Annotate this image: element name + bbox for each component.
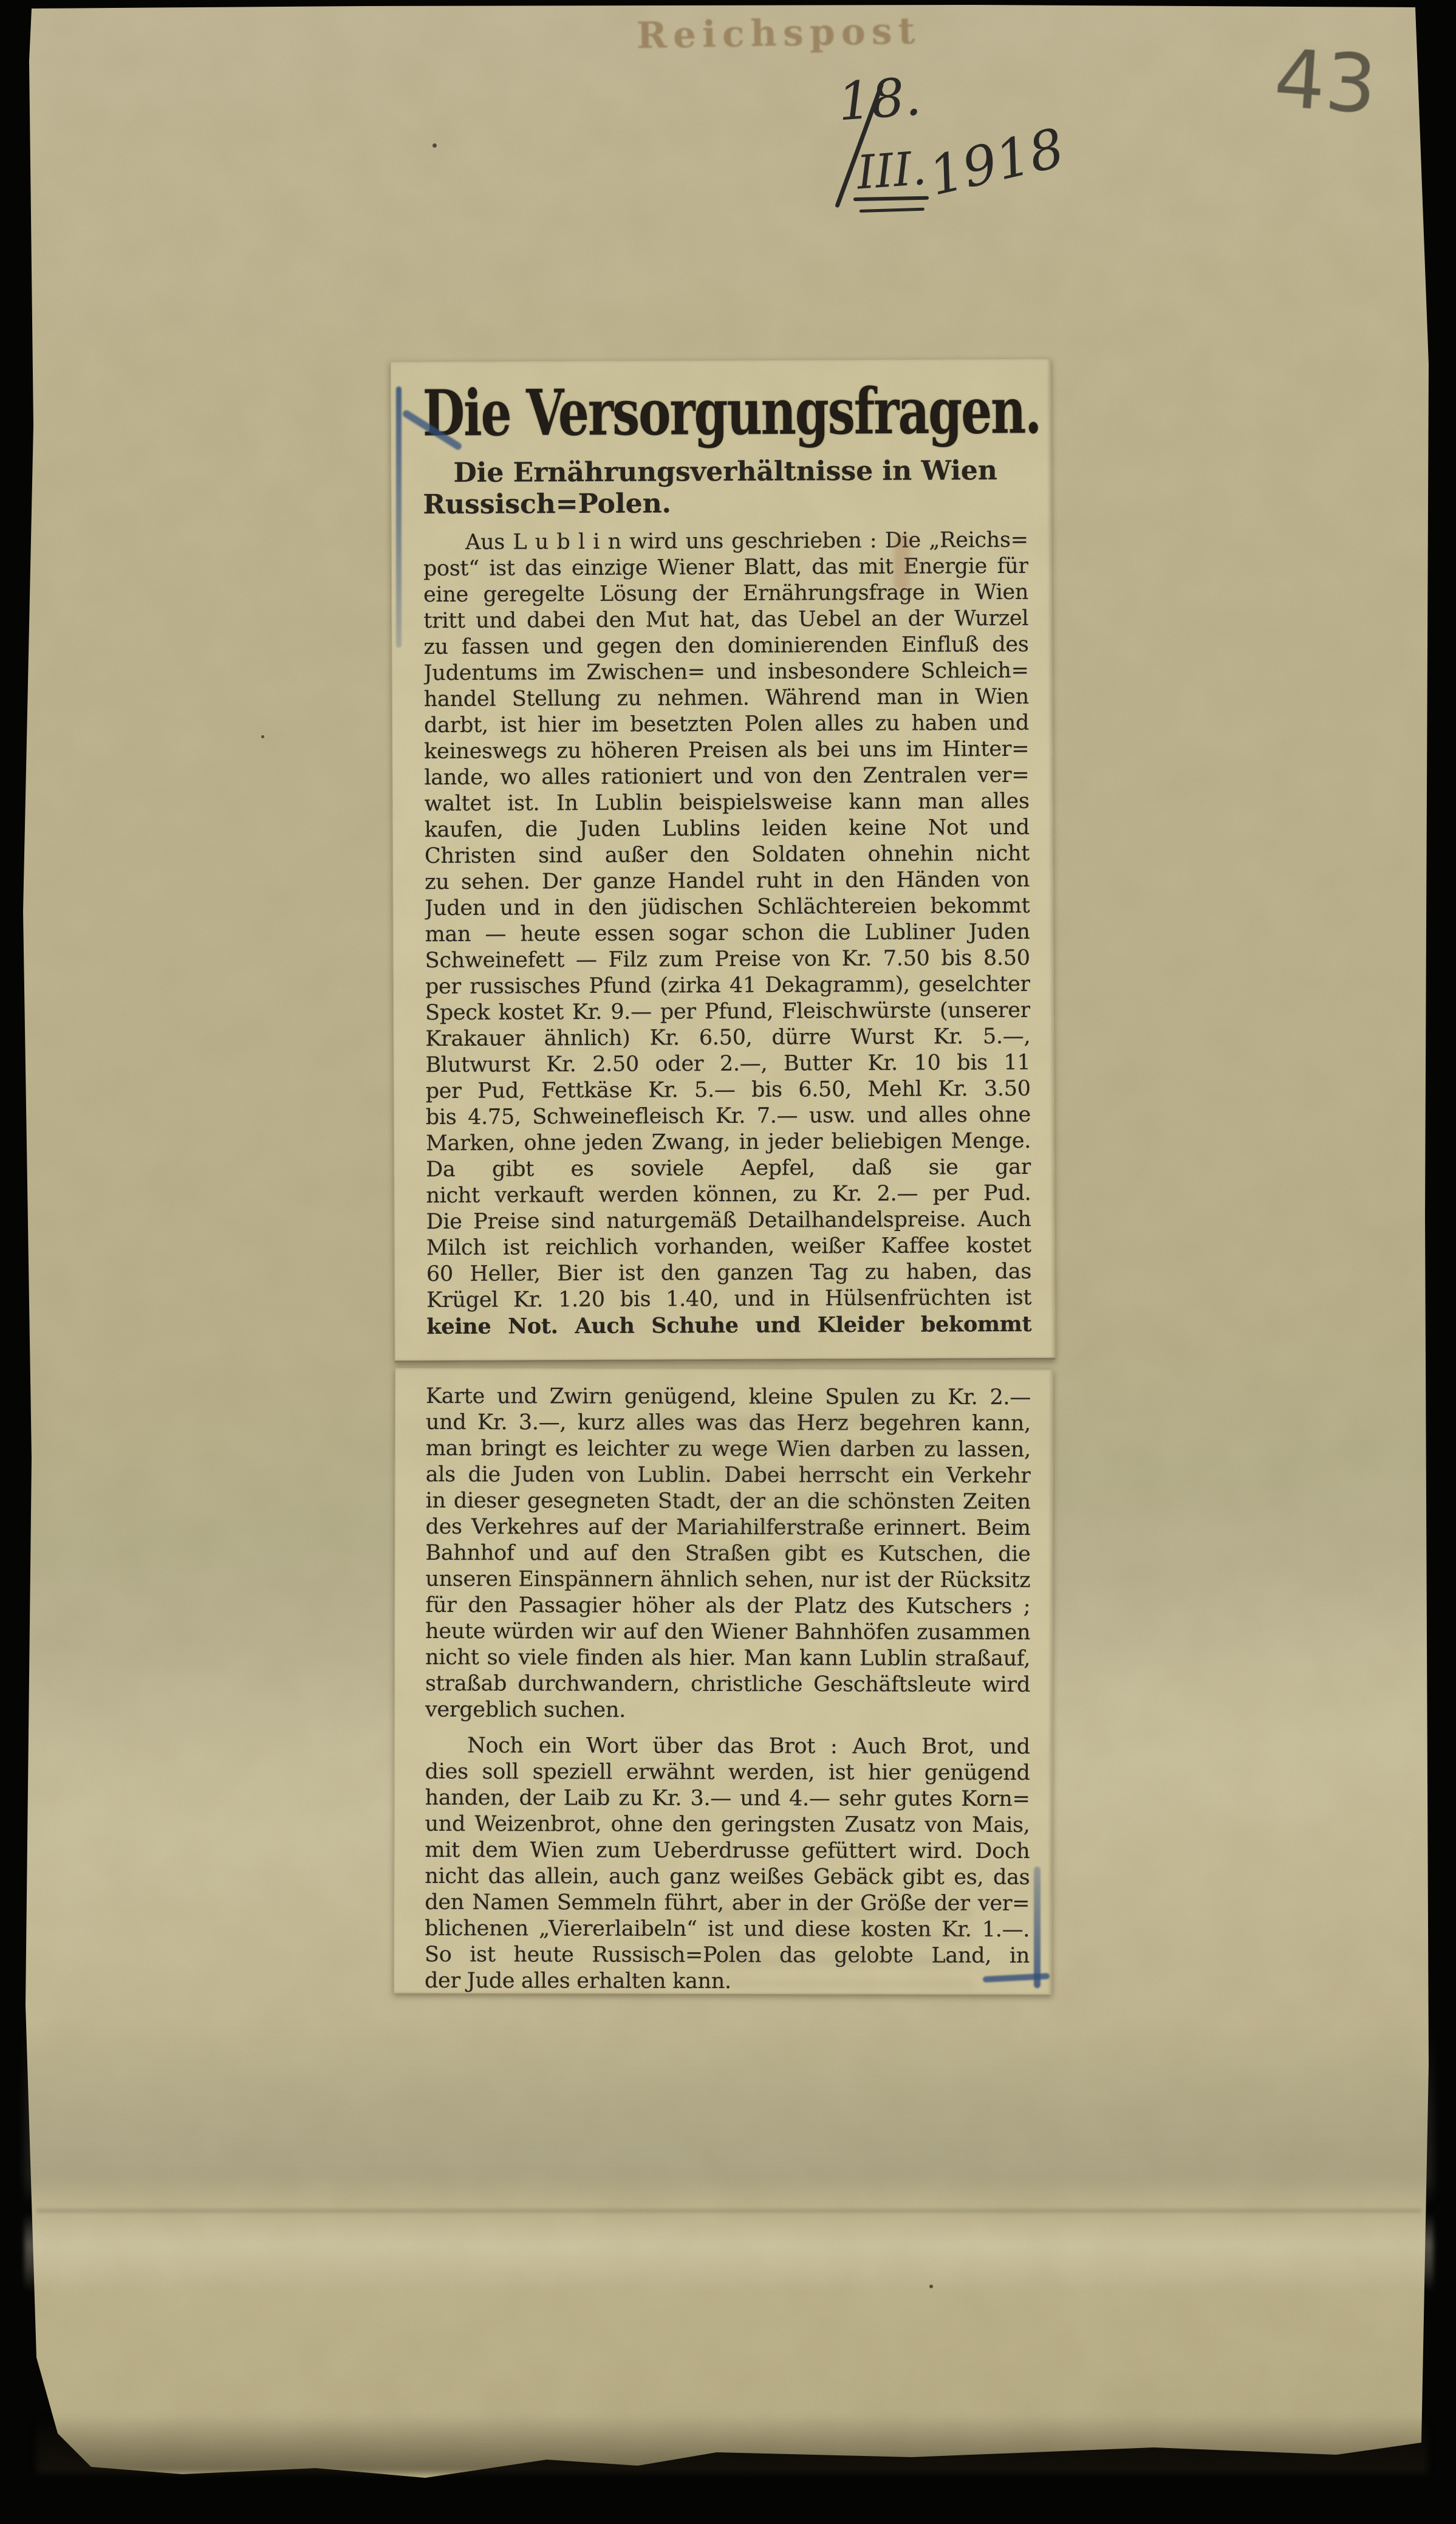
printed-text-line: Krügel Kr. 1.20 bis 1.40, und in Hülsenf…: [426, 1286, 1031, 1314]
printed-text-line: Christen sind außer den Soldaten ohnehin…: [425, 842, 1030, 870]
printed-text-line: keineswegs zu höheren Preisen als bei un…: [424, 737, 1029, 766]
article-body-block-1: Aus L u b l i n wird uns geschrieben : D…: [423, 528, 1032, 1340]
article-subtitle: Die Ernährungsverhältnisse in Wien undRu…: [423, 455, 1028, 521]
paper-fold-shade: [24, 2023, 1434, 2206]
printed-text-line: Krakauer ähnlich) Kr. 6.50, dürre Wurst …: [425, 1024, 1030, 1053]
date-month: III.: [854, 141, 928, 200]
date-year: 1918: [923, 116, 1070, 208]
printed-text-line: handen, der Laib zu Kr. 3.— und 4.— sehr…: [425, 1786, 1030, 1813]
printed-text-line: keine Not. Auch Schuhe und Kleider bekom…: [426, 1312, 1031, 1340]
printed-text-line: eine geregelte Lösung der Ernährungsfrag…: [423, 580, 1028, 609]
printed-text-line: nicht so viele finden als hier. Man kann…: [425, 1645, 1030, 1673]
printed-text-line: nicht verkauft werden können, zu Kr. 2.—…: [426, 1181, 1031, 1210]
article-headline: Die Versorgungsfragen.: [423, 374, 1028, 451]
printed-text-line: Karte und Zwirn genügend, kleine Spulen …: [426, 1384, 1031, 1411]
print-showthrough-smudge: [717, 1908, 972, 1987]
printed-text-line: 60 Heller, Bier ist den ganzen Tag zu ha…: [426, 1260, 1031, 1288]
paper-speck: [432, 143, 437, 148]
printed-text-line: zu fassen und gegen den dominierenden Ei…: [423, 633, 1028, 661]
reichspost-stamp: Reichspost: [636, 10, 921, 57]
printed-text-line: waltet ist. In Lublin beispielsweise kan…: [425, 789, 1030, 818]
printed-text-line: kaufen, die Juden Lublins leiden keine N…: [425, 815, 1030, 844]
printed-text-line: Milch ist reichlich vorhanden, weißer Ka…: [426, 1233, 1031, 1262]
blue-crayon-mark-top-left: [396, 386, 402, 648]
printed-text-line: Marken, ohne jeden Zwang, in jeder belie…: [426, 1129, 1031, 1157]
printed-text-line: Noch ein Wort über das Brot : Auch Brot,…: [425, 1734, 1030, 1761]
printed-text-line: Speck kostet Kr. 9.— per Pfund, Fleischw…: [425, 998, 1030, 1027]
printed-text-line: bis 4.75, Schweinefleisch Kr. 7.— usw. u…: [426, 1103, 1031, 1131]
printed-text-line: und Weizenbrot, ohne den geringsten Zusa…: [425, 1812, 1030, 1839]
handwritten-date: 18. III. 1918: [723, 61, 1087, 231]
print-showthrough-smudge: [637, 1413, 955, 1576]
scanned-archive-page: { "page": { "background_color": "#050504…: [0, 0, 1456, 2524]
paper-speck: [261, 735, 264, 738]
printed-text-line: Die Preise sind naturgemäß Detailhandels…: [426, 1207, 1031, 1236]
printed-text-line: Die Ernährungsverhältnisse in Wien und: [423, 455, 1028, 489]
printed-text-line: straßab durchwandern, christliche Geschä…: [425, 1672, 1030, 1699]
printed-text-line: Da gibt es soviele Aepfel, daß sie gar: [426, 1155, 1031, 1184]
printed-text-line: Blutwurst Kr. 2.50 oder 2.—, Butter Kr. …: [425, 1051, 1030, 1079]
printed-text-line: per Pud, Fettkäse Kr. 5.— bis 6.50, Mehl…: [426, 1077, 1031, 1105]
printed-text-line: Schweinefett — Filz zum Preise von Kr. 7…: [425, 946, 1030, 975]
paper-speck: [929, 2285, 933, 2288]
printed-text-line: Russisch=Polen.: [423, 487, 1028, 521]
printed-text-line: vergeblich suchen.: [425, 1698, 1030, 1725]
newspaper-clipping-upper: Die Versorgungsfragen. Die Ernährungsver…: [390, 358, 1055, 1363]
printed-text-line: zu sehen. Der ganze Handel ruht in den H…: [425, 868, 1030, 896]
paper-bottom-shadow: [36, 2415, 1427, 2473]
printed-text-line: mit dem Wien zum Ueberdrusse gefüttert w…: [425, 1838, 1030, 1865]
paper-fold-highlight: [24, 2213, 1434, 2292]
printed-text-line: nicht das allein, auch ganz weißes Gebäc…: [425, 1864, 1030, 1891]
archive-page-number: 43: [1271, 32, 1379, 132]
printed-text-line: per russisches Pfund (zirka 41 Dekagramm…: [425, 972, 1030, 1001]
paper-crease-line: [36, 2209, 1421, 2212]
blue-crayon-mark-bottom-right: [1034, 1867, 1041, 1988]
printed-text-line: für den Passagier höher als der Platz de…: [425, 1593, 1030, 1620]
printed-text-line: darbt, ist hier im besetzten Polen alles…: [424, 711, 1029, 739]
printed-text-line: tritt und dabei den Mut hat, das Uebel a…: [423, 606, 1028, 635]
printed-text-line: Aus L u b l i n wird uns geschrieben : D…: [423, 528, 1028, 557]
printed-text-line: handel Stellung zu nehmen. Während man i…: [424, 685, 1029, 713]
printed-text-line: Judentums im Zwischen= und insbesondere …: [424, 659, 1029, 687]
printed-text-line: man — heute essen sogar schon die Lublin…: [425, 920, 1030, 948]
rust-stain: [894, 535, 910, 591]
date-day: 18.: [836, 66, 923, 132]
printed-text-line: Juden und in den jüdischen Schlächtereie…: [425, 894, 1030, 922]
printed-text-line: post“ ist das einzige Wiener Blatt, das …: [423, 554, 1028, 583]
printed-text-line: dies soll speziell erwähnt werden, ist h…: [425, 1760, 1030, 1787]
printed-text-line: heute würden wir auf den Wiener Bahnhöfe…: [425, 1619, 1030, 1647]
printed-text-line: lande, wo alles rationiert und von den Z…: [424, 763, 1029, 792]
